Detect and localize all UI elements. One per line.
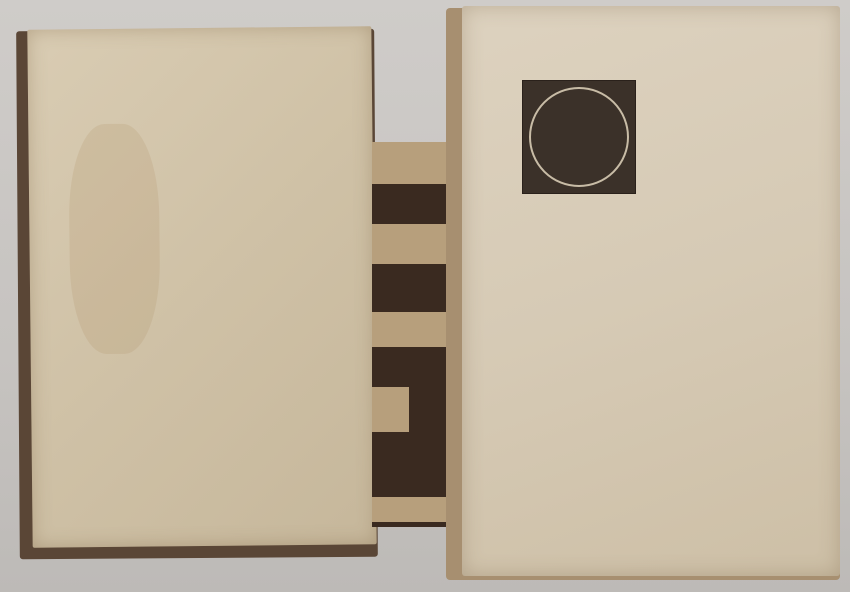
- spine-band: [372, 497, 454, 522]
- spine-band: [372, 387, 409, 432]
- spine-band: [372, 312, 454, 347]
- right-printed-page: [462, 6, 840, 576]
- book-spine: [372, 142, 454, 527]
- decorated-initial: [522, 80, 636, 194]
- spine-band: [372, 142, 454, 184]
- initial-letter: [523, 81, 635, 193]
- left-flyleaf-page: [27, 26, 376, 548]
- water-stain: [68, 123, 160, 354]
- spine-band: [372, 224, 454, 264]
